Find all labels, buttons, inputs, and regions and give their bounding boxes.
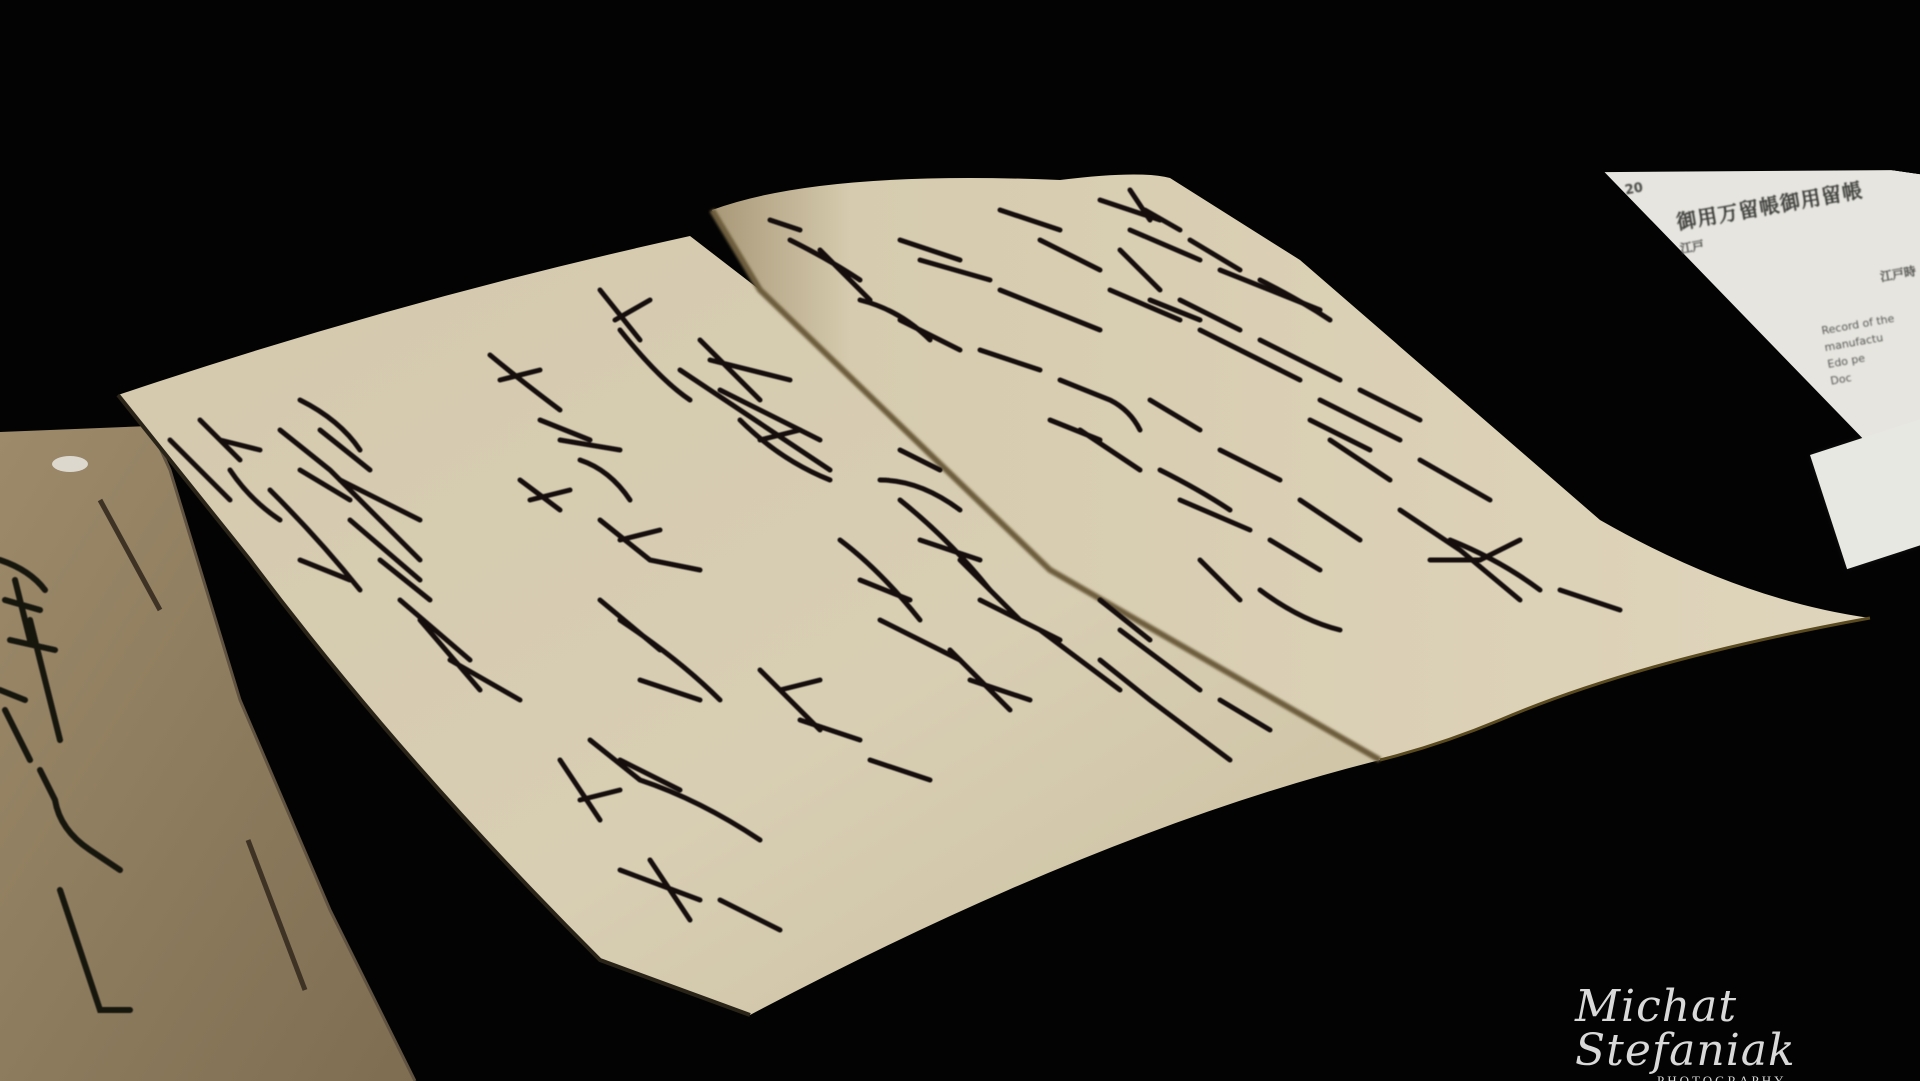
watermark-name: Michat Stefaniak bbox=[1575, 985, 1920, 1073]
photographer-watermark: Michat Stefaniak PHOTOGRAPHY bbox=[1575, 985, 1920, 1081]
manuscript-illustration bbox=[0, 0, 1920, 1081]
exhibit-number: 20 bbox=[1624, 181, 1644, 199]
photo-scene: 20 御用万留帳御用留帳 江戸 江戸時 Record of the manufa… bbox=[0, 0, 1920, 1081]
